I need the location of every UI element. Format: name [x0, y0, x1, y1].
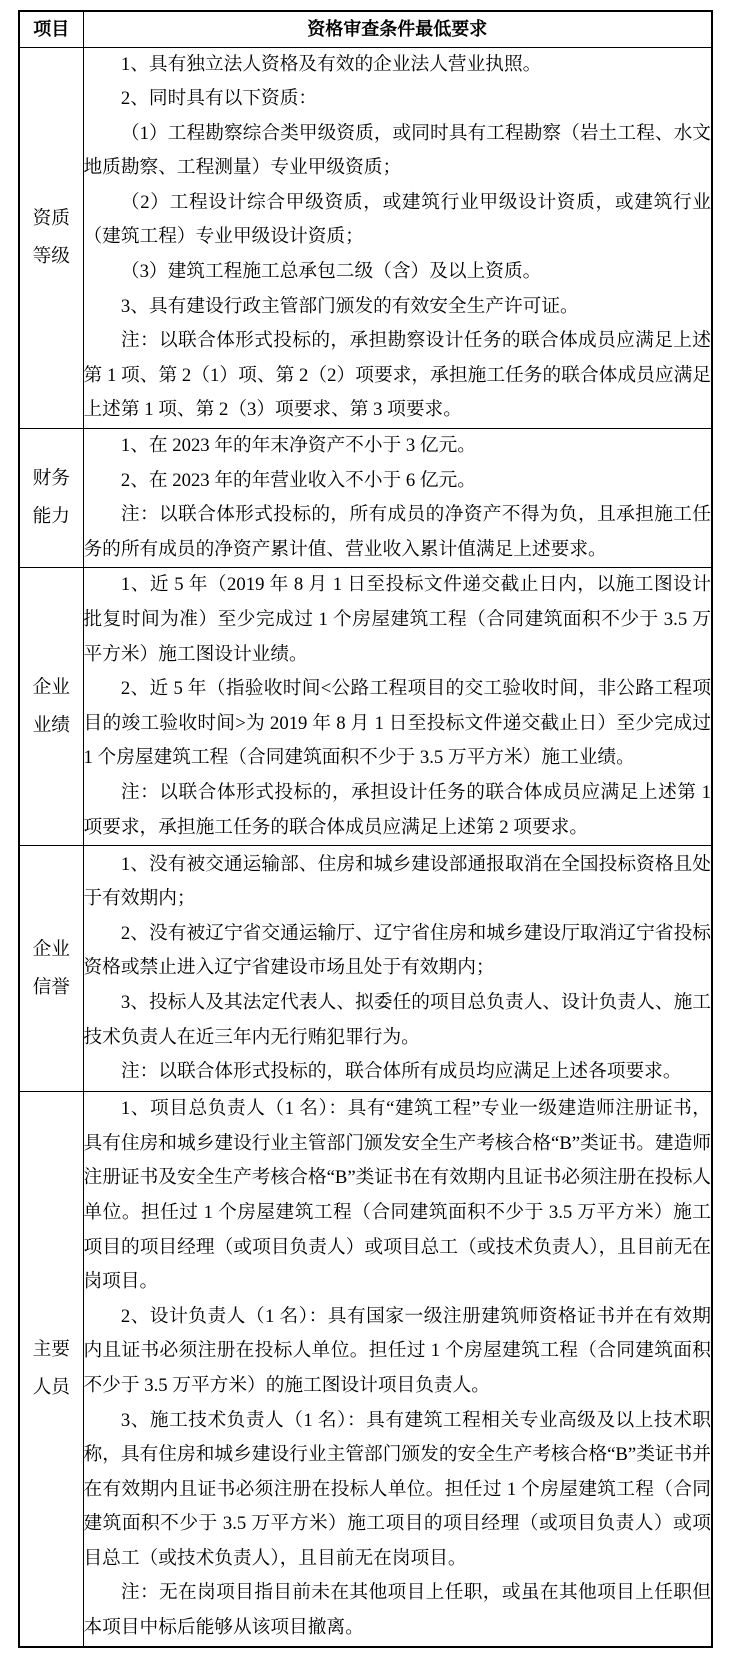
row-content-enterprise-performance: 1、近 5 年（2019 年 8 月 1 日至投标文件递交截止日内，以施工图设计…	[83, 568, 712, 846]
requirement-paragraph: 注：无在岗项目指目前未在其他项目上任职，或虽在其他项目上任职但本项目中标后能够从…	[84, 1576, 712, 1645]
requirement-paragraph: 2、没有被辽宁省交通运输厅、辽宁省住房和城乡建设厅取消辽宁省投标资格或禁止进入辽…	[84, 917, 712, 986]
document-page: 项目 资格审查条件最低要求 资质等级1、具有独立法人资格及有效的企业法人营业执照…	[0, 0, 731, 1660]
requirement-paragraph: 注：以联合体形式投标的，承担设计任务的联合体成员应满足上述第 1 项要求，承担施…	[84, 776, 712, 845]
header-row: 项目 资格审查条件最低要求	[19, 11, 712, 47]
row-label-line: 企业	[20, 669, 83, 707]
requirement-paragraph: （1）工程勘察综合类甲级资质，或同时具有工程勘察（岩土工程、水文地质勘察、工程测…	[84, 117, 712, 186]
row-content-key-personnel: 1、项目总负责人（1 名）：具有“建筑工程”专业一级建造师注册证书，具有住房和城…	[83, 1092, 712, 1647]
table-row-enterprise-performance: 企业业绩1、近 5 年（2019 年 8 月 1 日至投标文件递交截止日内，以施…	[19, 568, 712, 846]
requirement-paragraph: （2）工程设计综合甲级资质，或建筑行业甲级设计资质，或建筑行业（建筑工程）专业甲…	[84, 186, 712, 255]
row-label-line: 能力	[20, 498, 83, 536]
requirement-paragraph: 1、具有独立法人资格及有效的企业法人营业执照。	[84, 48, 712, 83]
row-label-financial-capability: 财务能力	[19, 429, 83, 568]
table-body: 资质等级1、具有独立法人资格及有效的企业法人营业执照。2、同时具有以下资质：（1…	[19, 47, 712, 1647]
row-label-line: 等级	[20, 238, 83, 276]
requirement-paragraph: （3）建筑工程施工总承包二级（含）及以上资质。	[84, 255, 712, 290]
requirement-paragraph: 2、同时具有以下资质：	[84, 82, 712, 117]
row-label-line: 财务	[20, 460, 83, 498]
requirement-paragraph: 3、投标人及其法定代表人、拟委任的项目总负责人、设计负责人、施工技术负责人在近三…	[84, 986, 712, 1055]
table-row-qualification-level: 资质等级1、具有独立法人资格及有效的企业法人营业执照。2、同时具有以下资质：（1…	[19, 47, 712, 429]
row-label-key-personnel: 主要人员	[19, 1092, 83, 1647]
requirement-paragraph: 1、没有被交通运输部、住房和城乡建设部通报取消在全国投标资格且处于有效期内；	[84, 848, 712, 917]
row-content-qualification-level: 1、具有独立法人资格及有效的企业法人营业执照。2、同时具有以下资质：（1）工程勘…	[83, 47, 712, 429]
row-label-enterprise-reputation: 企业信誉	[19, 846, 83, 1092]
table-row-financial-capability: 财务能力1、在 2023 年的年末净资产不小于 3 亿元。2、在 2023 年的…	[19, 429, 712, 568]
requirement-paragraph: 1、近 5 年（2019 年 8 月 1 日至投标文件递交截止日内，以施工图设计…	[84, 568, 712, 672]
requirement-paragraph: 2、设计负责人（1 名）：具有国家一级注册建筑师资格证书并在有效期内且证书必须注…	[84, 1300, 712, 1404]
requirement-paragraph: 2、近 5 年（指验收时间<公路工程项目的交工验收时间，非公路工程项目的竣工验收…	[84, 672, 712, 776]
row-label-line: 资质	[20, 200, 83, 238]
row-label-line: 企业	[20, 931, 83, 969]
qualification-review-table: 项目 资格审查条件最低要求 资质等级1、具有独立法人资格及有效的企业法人营业执照…	[18, 10, 713, 1648]
row-content-financial-capability: 1、在 2023 年的年末净资产不小于 3 亿元。2、在 2023 年的年营业收…	[83, 429, 712, 568]
requirement-paragraph: 1、在 2023 年的年末净资产不小于 3 亿元。	[84, 429, 712, 464]
requirement-paragraph: 2、在 2023 年的年营业收入不小于 6 亿元。	[84, 464, 712, 499]
header-cell-requirements: 资格审查条件最低要求	[83, 11, 712, 47]
row-label-line: 业绩	[20, 707, 83, 745]
row-label-line: 信誉	[20, 969, 83, 1007]
row-content-enterprise-reputation: 1、没有被交通运输部、住房和城乡建设部通报取消在全国投标资格且处于有效期内；2、…	[83, 846, 712, 1092]
table-row-key-personnel: 主要人员1、项目总负责人（1 名）：具有“建筑工程”专业一级建造师注册证书，具有…	[19, 1092, 712, 1647]
header-cell-item: 项目	[19, 11, 83, 47]
row-label-enterprise-performance: 企业业绩	[19, 568, 83, 846]
row-label-qualification-level: 资质等级	[19, 47, 83, 429]
table-header: 项目 资格审查条件最低要求	[19, 11, 712, 47]
row-label-line: 主要	[20, 1331, 83, 1369]
requirement-paragraph: 注：以联合体形式投标的，联合体所有成员均应满足上述各项要求。	[84, 1055, 712, 1090]
requirement-paragraph: 注：以联合体形式投标的，承担勘察设计任务的联合体成员应满足上述第 1 项、第 2…	[84, 324, 712, 428]
requirement-paragraph: 3、施工技术负责人（1 名）：具有建筑工程相关专业高级及以上技术职称，具有住房和…	[84, 1404, 712, 1577]
requirement-paragraph: 注：以联合体形式投标的，所有成员的净资产不得为负，且承担施工任务的所有成员的净资…	[84, 498, 712, 567]
requirement-paragraph: 3、具有建设行政主管部门颁发的有效安全生产许可证。	[84, 290, 712, 325]
table-row-enterprise-reputation: 企业信誉1、没有被交通运输部、住房和城乡建设部通报取消在全国投标资格且处于有效期…	[19, 846, 712, 1092]
row-label-line: 人员	[20, 1369, 83, 1407]
requirement-paragraph: 1、项目总负责人（1 名）：具有“建筑工程”专业一级建造师注册证书，具有住房和城…	[84, 1092, 712, 1300]
